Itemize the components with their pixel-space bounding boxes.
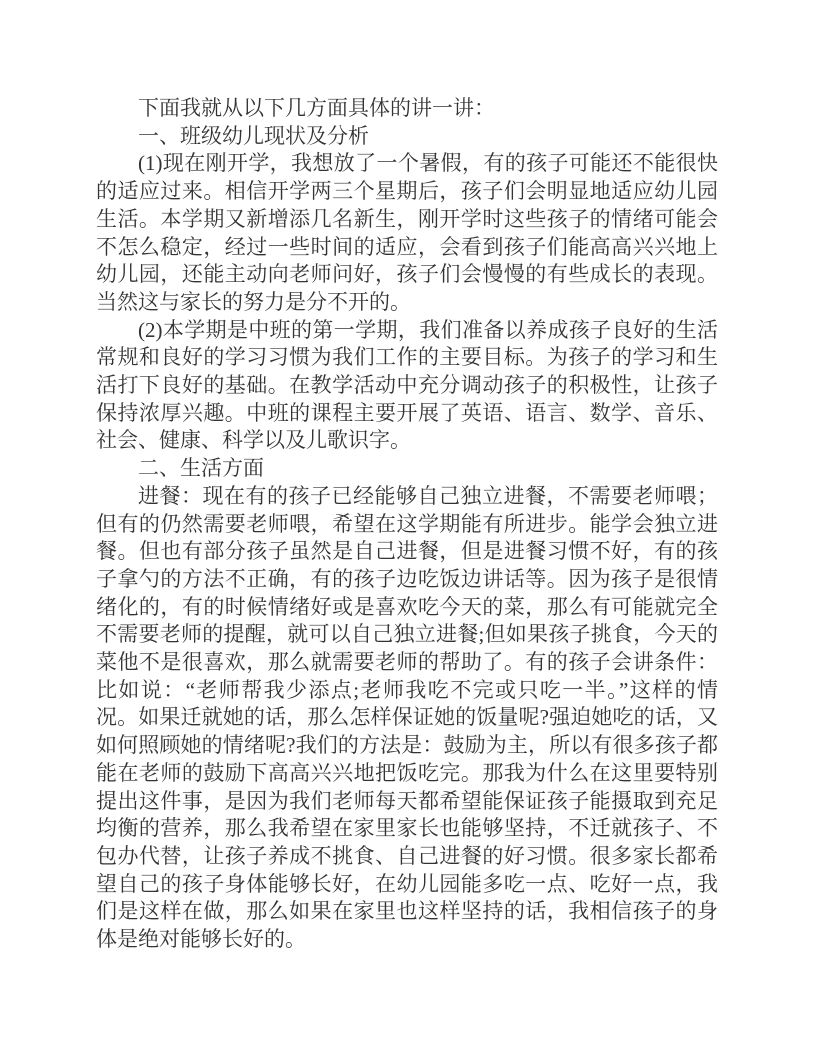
- document-page: 下面我就从以下几方面具体的讲一讲：一、班级幼儿现状及分析(1)现在刚开学，我想放…: [0, 0, 816, 1056]
- paragraph: 一、班级幼儿现状及分析: [96, 123, 718, 151]
- paragraph: 二、生活方面: [96, 455, 718, 483]
- paragraph: (2)本学期是中班的第一学期，我们准备以养成孩子良好的生活常规和良好的学习习惯为…: [96, 317, 718, 456]
- document-body-text: 下面我就从以下几方面具体的讲一讲：一、班级幼儿现状及分析(1)现在刚开学，我想放…: [96, 95, 718, 954]
- paragraph: (1)现在刚开学，我想放了一个暑假，有的孩子可能还不能很快的适应过来。相信开学两…: [96, 150, 718, 316]
- paragraph: 下面我就从以下几方面具体的讲一讲：: [96, 95, 718, 123]
- paragraph: 进餐：现在有的孩子已经能够自己独立进餐，不需要老师喂；但有的仍然需要老师喂，希望…: [96, 483, 718, 954]
